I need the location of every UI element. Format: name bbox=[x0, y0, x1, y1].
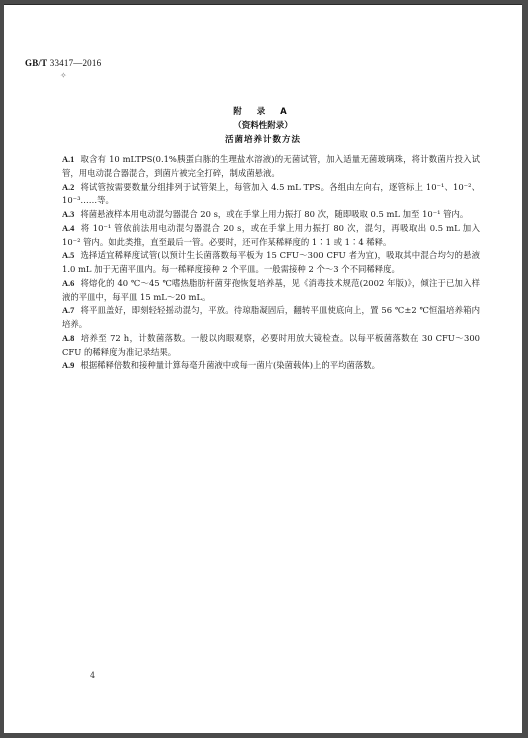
paragraph-number: A.9 bbox=[62, 361, 74, 370]
paragraph-text: 取含有 10 mLTPS(0.1%胰蛋白胨的生理盐水溶液)的无菌试管，加入适量无… bbox=[62, 154, 480, 178]
paragraph-text: 将菌悬液样本用电动混匀器混合 20 s，或在手掌上用力振打 80 次，随即吸取 … bbox=[80, 209, 468, 219]
paragraph-a8: A.8培养至 72 h，计数菌落数。一般以肉眼观察，必要时用放大镜检查。以每平板… bbox=[62, 332, 480, 360]
paragraph-a6: A.6将熔化的 40 ℃～45 ℃嗜热脂肪杆菌芽孢恢复培养基，见《消毒技术规范(… bbox=[62, 277, 480, 305]
annex-name: 活菌培养计数方法 bbox=[4, 133, 522, 145]
paragraph-text: 将熔化的 40 ℃～45 ℃嗜热脂肪杆菌芽孢恢复培养基，见《消毒技术规范(200… bbox=[62, 278, 480, 302]
annex-title: 附 录 A bbox=[4, 105, 522, 117]
document-page: GB/T 33417—2016 ✧ 附 录 A （资料性附录） 活菌培养计数方法… bbox=[4, 4, 522, 733]
paragraph-text: 选择适宜稀释度试管(以预计生长菌落数每平板为 15 CFU～300 CFU 者为… bbox=[62, 250, 480, 274]
seal-mark-icon: ✧ bbox=[60, 71, 68, 80]
paragraph-a1: A.1取含有 10 mLTPS(0.1%胰蛋白胨的生理盐水溶液)的无菌试管，加入… bbox=[62, 153, 480, 181]
paragraph-number: A.2 bbox=[62, 183, 74, 192]
paragraph-number: A.7 bbox=[62, 306, 74, 315]
paragraph-number: A.5 bbox=[62, 251, 74, 260]
paragraph-number: A.1 bbox=[62, 155, 74, 164]
standard-code: GB/T 33417—2016 bbox=[25, 58, 101, 68]
paragraph-text: 培养至 72 h，计数菌落数。一般以肉眼观察，必要时用放大镜检查。以每平板菌落数… bbox=[62, 333, 480, 357]
paragraph-number: A.3 bbox=[62, 210, 74, 219]
paragraph-number: A.8 bbox=[62, 334, 74, 343]
annex-subtitle: （资料性附录） bbox=[4, 119, 522, 131]
paragraph-text: 将试管按需要数量分组排列于试管架上，每管加入 4.5 mL TPS。各组由左向右… bbox=[62, 182, 480, 206]
paragraph-a2: A.2将试管按需要数量分组排列于试管架上，每管加入 4.5 mL TPS。各组由… bbox=[62, 181, 480, 209]
standard-code-prefix: GB/T bbox=[25, 58, 47, 68]
paragraph-text: 将平皿盖好，即刻轻轻摇动混匀，平放。待琼脂凝固后，翻转平皿使底向上，置 56 ℃… bbox=[62, 305, 480, 329]
paragraph-a7: A.7将平皿盖好，即刻轻轻摇动混匀，平放。待琼脂凝固后，翻转平皿使底向上，置 5… bbox=[62, 304, 480, 332]
annex-body: A.1取含有 10 mLTPS(0.1%胰蛋白胨的生理盐水溶液)的无菌试管，加入… bbox=[62, 153, 480, 373]
paragraph-a5: A.5选择适宜稀释度试管(以预计生长菌落数每平板为 15 CFU～300 CFU… bbox=[62, 249, 480, 277]
page-number: 4 bbox=[90, 671, 95, 680]
paragraph-a3: A.3将菌悬液样本用电动混匀器混合 20 s，或在手掌上用力振打 80 次，随即… bbox=[62, 208, 480, 222]
paragraph-number: A.6 bbox=[62, 279, 74, 288]
paragraph-a9: A.9根据稀释倍数和接种量计算每毫升菌液中或每一菌片(染菌载体)上的平均菌落数。 bbox=[62, 359, 480, 373]
paragraph-a4: A.4将 10⁻¹ 管依前法用电动混匀器混合 20 s，或在手掌上用力振打 80… bbox=[62, 222, 480, 250]
paragraph-number: A.4 bbox=[62, 224, 74, 233]
paragraph-text: 根据稀释倍数和接种量计算每毫升菌液中或每一菌片(染菌载体)上的平均菌落数。 bbox=[80, 360, 380, 370]
standard-code-number: 33417—2016 bbox=[50, 58, 102, 68]
paragraph-text: 将 10⁻¹ 管依前法用电动混匀器混合 20 s，或在手掌上用力振打 80 次，… bbox=[62, 223, 480, 247]
